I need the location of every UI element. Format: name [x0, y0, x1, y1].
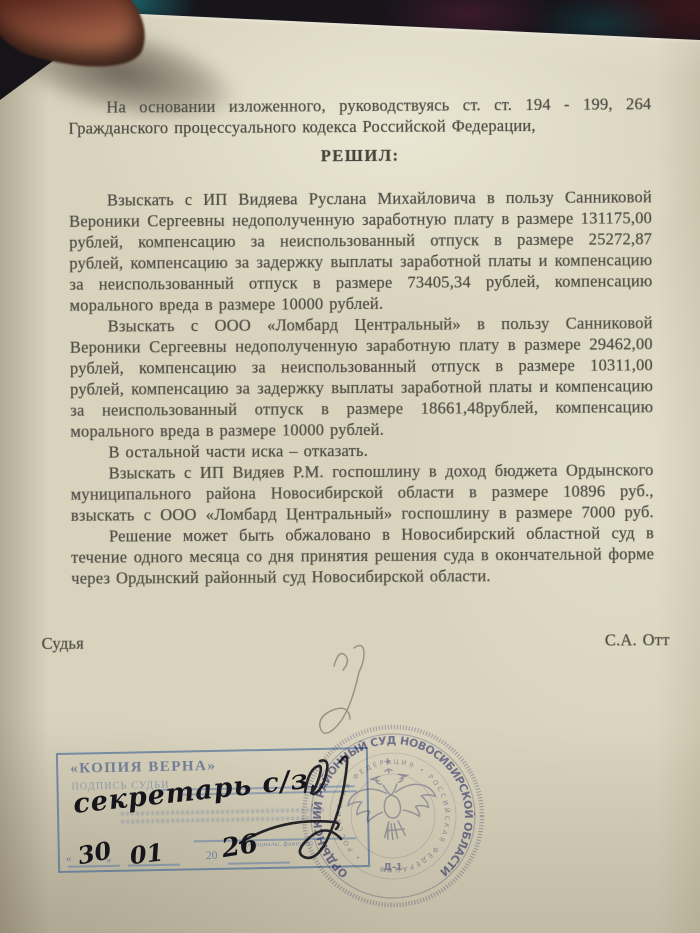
judge-label: Судья	[42, 633, 84, 654]
double-headed-eagle-icon	[343, 754, 439, 845]
year-prefix: 20	[206, 850, 218, 862]
stamp-code: Д-1	[383, 862, 402, 873]
document-text: На основании изложенного, руководствуясь…	[68, 93, 654, 654]
text-line: На основании изложенного, руководствуясь…	[68, 93, 651, 118]
stamp-outer-ring	[304, 727, 482, 905]
paragraph-duty: Взыскать с ИП Видяев Р.М. госпошлину в д…	[71, 459, 654, 526]
document-paper: На основании изложенного, руководствуясь…	[0, 0, 700, 933]
stamp-ring	[351, 774, 435, 858]
text-line: за неиспользованный отпуск в размере 734…	[69, 270, 652, 295]
copy-stamp-title: «КОПИЯ ВЕРНА»	[70, 758, 217, 778]
text-line: за неиспользованный отпуск в размере 186…	[70, 396, 653, 421]
court-round-stamp: ОРДЫНСКИЙ РАЙОННЫЙ СУД НОВОСИБИРСКОЙ ОБЛ…	[277, 700, 509, 932]
date-quote-open: «	[66, 853, 72, 865]
stamp-ring-text: ОРДЫНСКИЙ РАЙОННЫЙ СУД НОВОСИБИРСКОЙ ОБЛ…	[278, 701, 509, 932]
month-handwritten: 01	[128, 837, 165, 870]
stamp-ring	[330, 753, 456, 879]
judge-name: С.А. Отт	[605, 629, 670, 650]
signature-row: Судья С.А. Отт	[42, 629, 670, 654]
paragraph-lombard: Взыскать с ООО «Ломбард Центральный» в п…	[70, 312, 654, 442]
decision-heading: РЕШИЛ:	[69, 143, 652, 168]
text-line: течение одного месяца со дня принятия ре…	[71, 543, 654, 568]
intro-paragraph: На основании изложенного, руководствуясь…	[68, 93, 651, 139]
paragraph-videev: Взыскать с ИП Видяева Руслана Михайлович…	[69, 186, 653, 316]
text-line: Гражданского процессуального кодекса Рос…	[68, 114, 651, 139]
year-handwritten: 26	[220, 829, 260, 864]
paragraph-appeal: Решение может быть обжаловано в Новосиби…	[71, 522, 654, 589]
photographed-court-decision: На основании изложенного, руководствуясь…	[0, 0, 700, 933]
text-line: через Ордынский районный суд Новосибирск…	[71, 564, 654, 589]
